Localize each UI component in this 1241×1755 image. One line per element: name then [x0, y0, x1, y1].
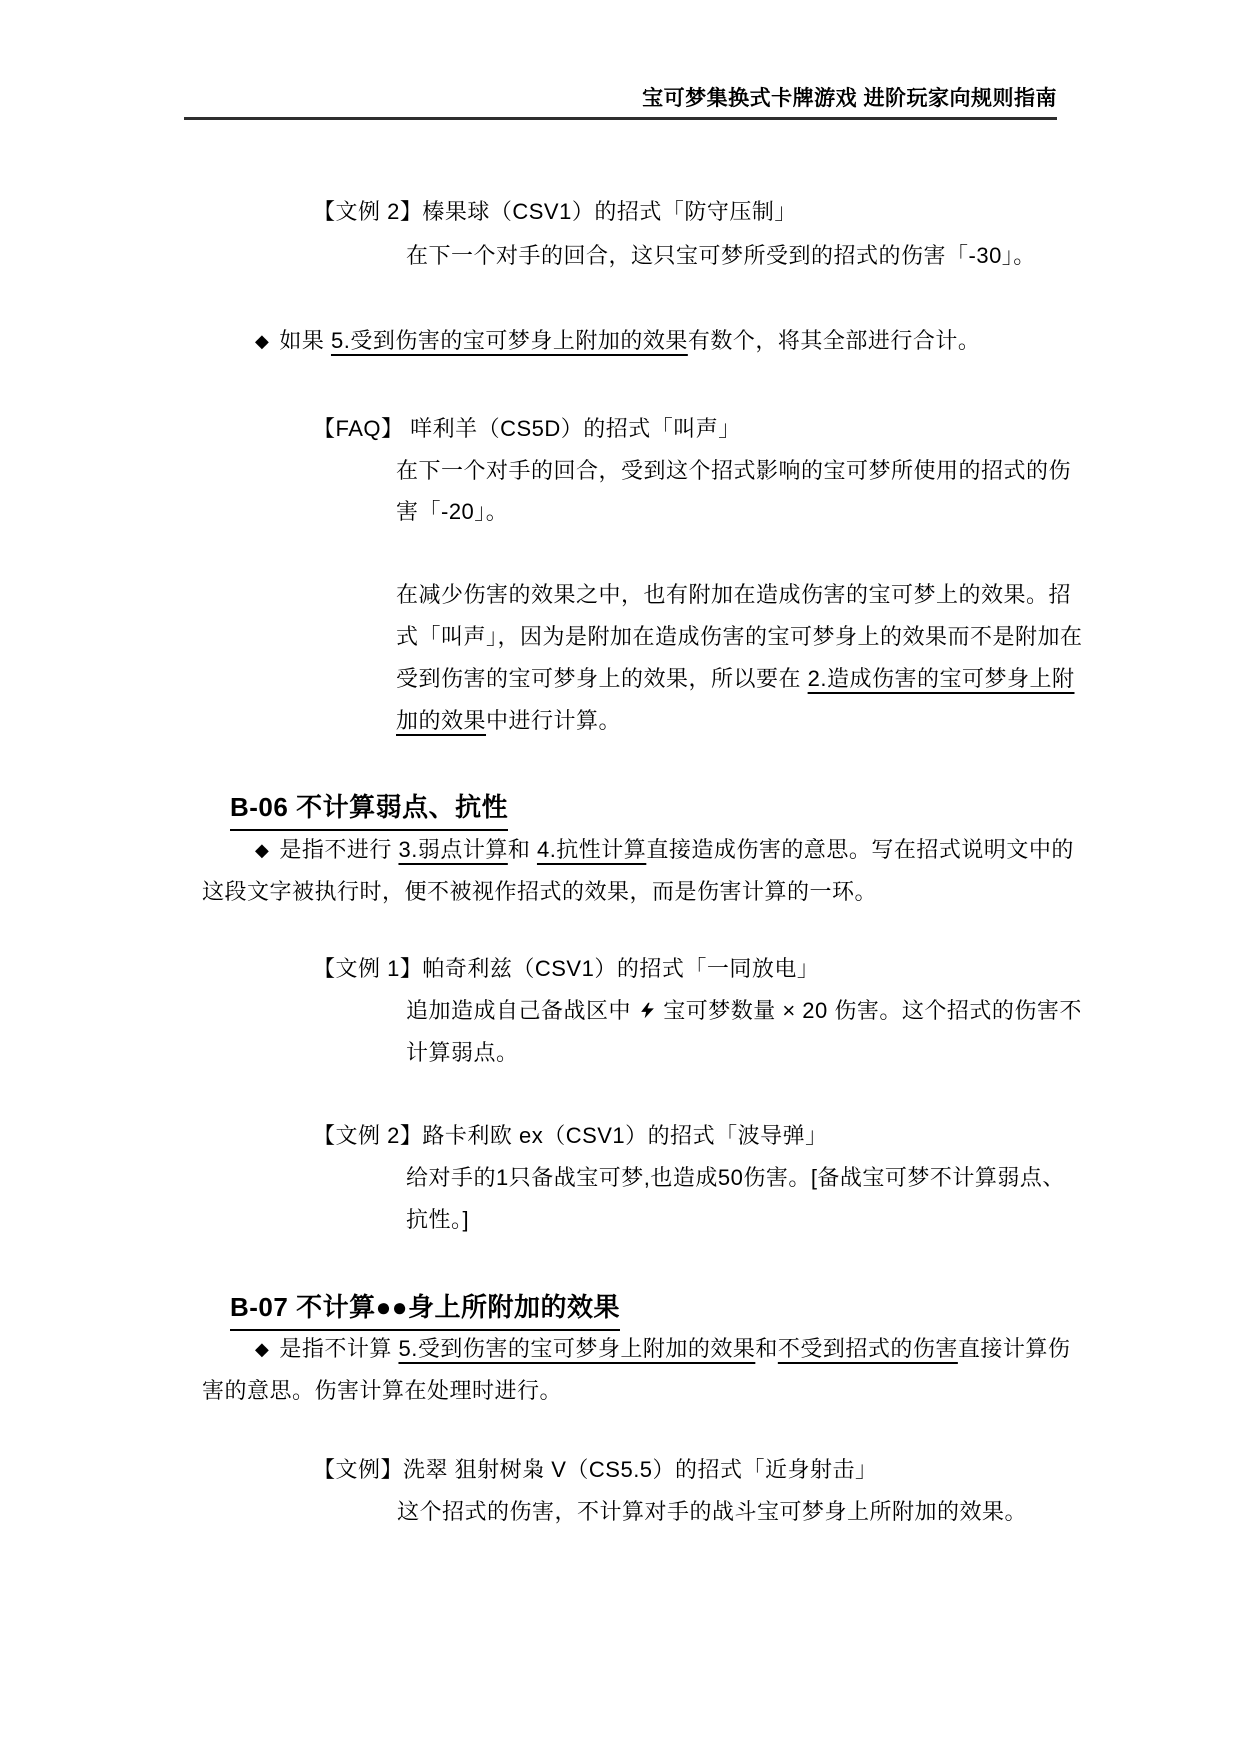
b06-bullet-line-1: ◆是指不进行 3.弱点计算和 4.抗性计算直接造成伤害的意思。写在招式说明文中的: [255, 837, 1074, 864]
example-hazel-body-line: 在下一个对手的回合，这只宝可梦所受到的招式的伤害「-30」。: [406, 243, 1036, 269]
b06-example1-body-line-2: 计算弱点。: [406, 1040, 519, 1066]
header-divider-rule: [184, 117, 1057, 120]
diamond-bullet-icon: ◆: [255, 328, 269, 354]
b06-example2-label-line: 【文例 2】路卡利欧 ex（CSV1）的招式「波导弹」: [313, 1123, 828, 1149]
b06-example2-body-line-2: 抗性。]: [406, 1207, 469, 1233]
b06-bullet-text: 是指不进行 3.弱点计算和 4.抗性计算直接造成伤害的意思。写在招式说明文中的: [279, 837, 1073, 862]
example-hazel-label-line: 【文例 2】榛果球（CSV1）的招式「防守压制」: [313, 199, 797, 225]
faq-mareep-body-line-2: 害「-20」。: [396, 499, 508, 525]
b07-bullet-line-1: ◆是指不计算 5.受到伤害的宝可梦身上附加的效果和不受到招式的伤害直接计算伤: [255, 1336, 1070, 1363]
faq-note-line-3: 受到伤害的宝可梦身上的效果，所以要在 2.造成伤害的宝可梦身上附: [396, 666, 1074, 692]
b07-example-label-line: 【文例】洗翠 狙射树枭 V（CS5.5）的招式「近身射击」: [313, 1457, 878, 1483]
section-heading-b07: B-07 不计算●●身上所附加的效果: [230, 1287, 620, 1331]
faq-mareep-body-line-1: 在下一个对手的回合，受到这个招式影响的宝可梦所使用的招式的伤: [396, 458, 1071, 484]
section-heading-b06-text: B-06 不计算弱点、抗性: [230, 787, 508, 831]
faq-note-line-1: 在减少伤害的效果之中，也有附加在造成伤害的宝可梦上的效果。招: [396, 582, 1071, 608]
b07-bullet-text: 是指不计算 5.受到伤害的宝可梦身上附加的效果和不受到招式的伤害直接计算伤: [279, 1336, 1070, 1361]
faq-note-line-4: 加的效果中进行计算。: [396, 708, 621, 734]
diamond-bullet-icon: ◆: [255, 1336, 269, 1362]
b07-bullet-line-2: 害的意思。伤害计算在处理时进行。: [202, 1378, 562, 1404]
diamond-bullet-icon: ◆: [255, 837, 269, 863]
b06-example1-label-line: 【文例 1】帕奇利兹（CSV1）的招式「一同放电」: [313, 956, 819, 982]
b06-example2-body-line-1: 给对手的1只备战宝可梦,也造成50伤害。[备战宝可梦不计算弱点、: [406, 1165, 1065, 1191]
faq-note-line-2: 式「叫声」，因为是附加在造成伤害的宝可梦身上的效果而不是附加在: [396, 624, 1083, 650]
bullet-sum-effects: ◆如果 5.受到伤害的宝可梦身上附加的效果有数个，将其全部进行合计。: [255, 328, 980, 355]
page-header-title: 宝可梦集换式卡牌游戏 进阶玩家向规则指南: [642, 82, 1057, 112]
section-heading-b06: B-06 不计算弱点、抗性: [230, 787, 508, 831]
bullet-sum-effects-text: 如果 5.受到伤害的宝可梦身上附加的效果有数个，将其全部进行合计。: [279, 328, 980, 353]
document-page: 宝可梦集换式卡牌游戏 进阶玩家向规则指南 【文例 2】榛果球（CSV1）的招式「…: [0, 0, 1241, 1755]
b07-example-body-line: 这个招式的伤害，不计算对手的战斗宝可梦身上所附加的效果。: [397, 1499, 1027, 1525]
section-heading-b07-text: B-07 不计算●●身上所附加的效果: [230, 1287, 620, 1331]
electric-type-icon: [639, 1000, 656, 1021]
b06-example1-body-line-1: 追加造成自己备战区中 宝可梦数量 × 20 伤害。这个招式的伤害不: [406, 998, 1082, 1024]
faq-mareep-label-line: 【FAQ】 咩利羊（CS5D）的招式「叫声」: [313, 416, 741, 442]
b06-bullet-line-2: 这段文字被执行时，便不被视作招式的效果，而是伤害计算的一环。: [202, 879, 877, 905]
